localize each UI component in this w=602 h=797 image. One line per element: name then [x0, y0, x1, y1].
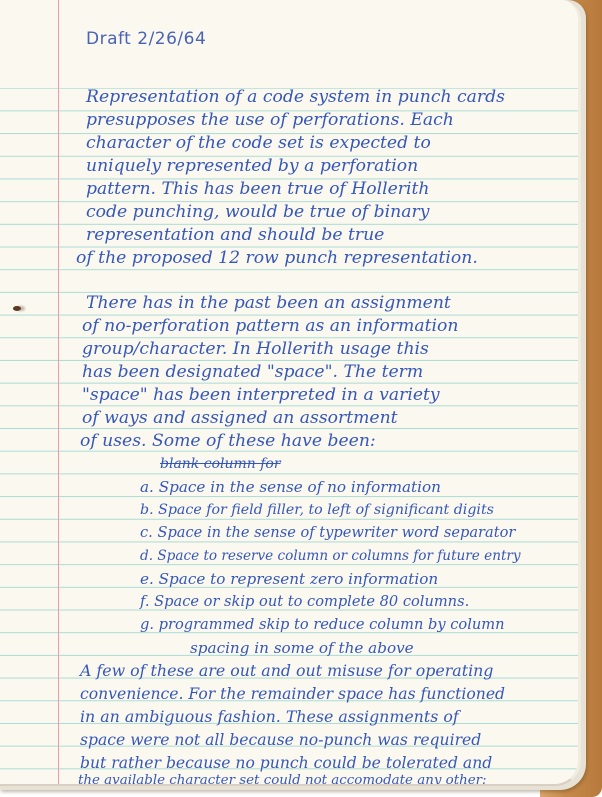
list-text: Space in the sense of typewriter word se… [157, 524, 515, 541]
list-item: d. Space to reserve column or columns fo… [140, 545, 521, 568]
text-line: code punching, would be true of binary [86, 201, 429, 224]
margin-line [58, 0, 59, 784]
list-item: a. Space in the sense of no information [140, 476, 441, 499]
text-line: "space" has been interpreted in a variet… [82, 384, 440, 407]
text-line: A few of these are out and out misuse fo… [80, 660, 493, 683]
list-text: Space or skip out to complete 80 columns… [154, 593, 469, 610]
text-line: of no-perforation pattern as an informat… [82, 315, 458, 338]
list-text: programmed skip to reduce column by colu… [159, 616, 505, 633]
text-line: group/character. In Hollerith usage this [82, 338, 429, 361]
list-marker: b. [140, 502, 154, 518]
notebook-page: Draft 2/26/64 Representation of a code s… [0, 0, 581, 786]
ink-stain [13, 306, 21, 311]
list-item: f. Space or skip out to complete 80 colu… [140, 591, 469, 614]
text-line: convenience. For the remainder space has… [80, 683, 505, 706]
text-line: space were not all because no-punch was … [80, 729, 481, 752]
list-text: Space for field filler, to left of signi… [158, 502, 494, 518]
text-line: representation and should be true [86, 224, 384, 247]
text-line: presupposes the use of perforations. Eac… [86, 109, 454, 132]
list-marker: d. [140, 548, 153, 564]
text-line: of the proposed 12 row punch representat… [76, 247, 478, 270]
text-line: character of the code set is expected to [86, 132, 431, 155]
text-line: pattern. This has been true of Hollerith [86, 178, 429, 201]
list-text: Space to represent zero information [159, 570, 439, 588]
list-marker: g. [140, 616, 154, 633]
list-item: g. programmed skip to reduce column by c… [140, 614, 505, 637]
text-line: Representation of a code system in punch… [86, 86, 505, 109]
struck-text: blank column for [160, 453, 281, 476]
list-item: b. Space for field filler, to left of si… [140, 499, 494, 522]
list-text: Space to reserve column or columns for f… [157, 548, 520, 564]
list-marker: f. [140, 593, 150, 610]
list-item: c. Space in the sense of typewriter word… [140, 522, 515, 545]
list-marker: e. [140, 570, 154, 588]
text-line: There has in the past been an assignment [86, 292, 451, 315]
text-line: of uses. Some of these have been: [80, 430, 376, 453]
text-line: the available character set could not ac… [78, 770, 487, 786]
text-line: uniquely represented by a perforation [86, 155, 418, 178]
list-marker: c. [140, 524, 153, 541]
text-line: in an ambiguous fashion. These assignmen… [80, 706, 459, 729]
list-item: e. Space to represent zero information [140, 568, 438, 591]
text-line: of ways and assigned an assortment [82, 407, 398, 430]
list-continuation: spacing in some of the above [190, 637, 414, 660]
list-text: Space in the sense of no information [159, 478, 441, 496]
list-marker: a. [140, 478, 154, 496]
draft-date-header: Draft 2/26/64 [86, 28, 206, 51]
text-line: has been designated "space". The term [82, 361, 423, 384]
